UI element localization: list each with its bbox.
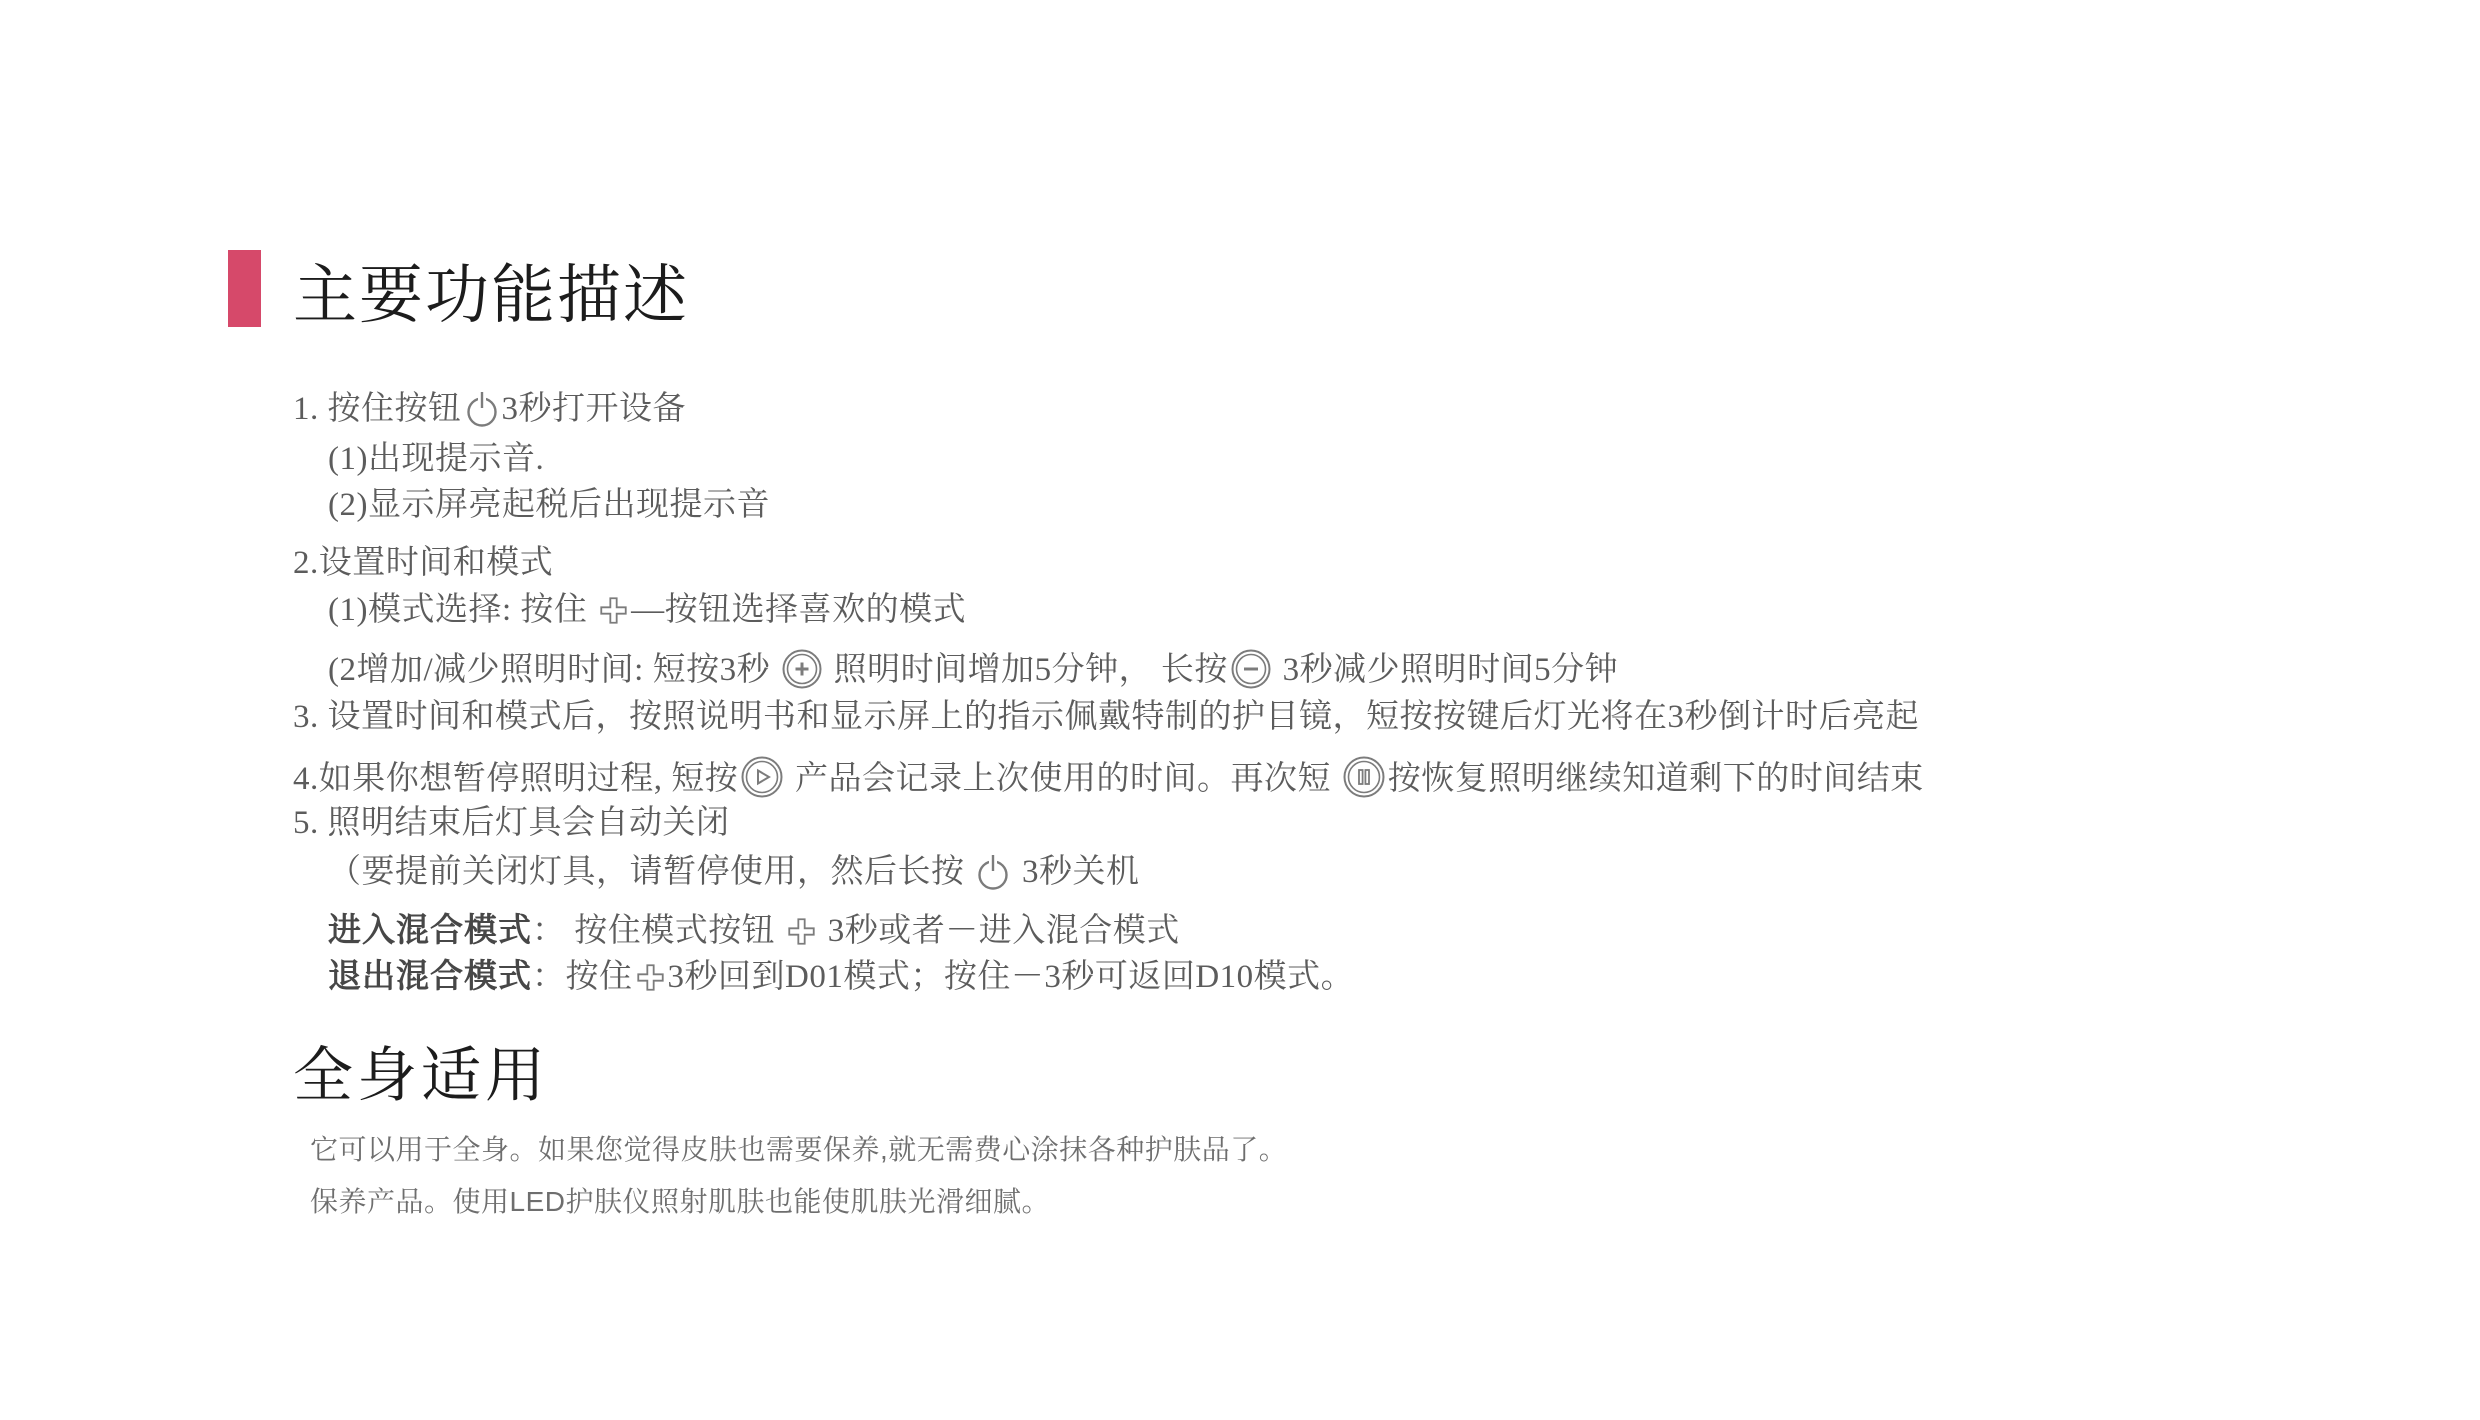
section-title: 主要功能描述 (293, 244, 689, 336)
plus-button-icon (787, 917, 816, 946)
bold-mode-label: 退出混合模式 (328, 957, 532, 994)
item-1-sub-2: (2)显示屏亮起税后出现提示音 (328, 486, 770, 526)
item-5-note: （要提前关闭灯具，请暂停使用，然后长按 3秒关机 (328, 853, 1140, 893)
mix-mode-exit: 退出混合模式：按住 3秒回到D01模式；按住－3秒可返回D10模式。 (328, 956, 1354, 998)
plus-circle-icon (782, 649, 822, 689)
mix-mode-enter: 进入混合模式： 按住模式按钮 3秒或者－进入混合模式 (328, 910, 1180, 952)
item-3: 3. 设置时间和模式后，按照说明书和显示屏上的指示佩戴特制的护目镜，短按按键后灯… (293, 698, 1919, 738)
power-icon (465, 390, 499, 428)
power-icon (976, 853, 1010, 891)
item-4: 4.如果你想暂停照明过程, 短按 产品会记录上次使用的时间。再次短 按恢复照明继… (293, 756, 1924, 800)
full-body-heading: 全身适用 (293, 1028, 549, 1114)
plus-button-icon (599, 596, 628, 625)
title-accent-bar (228, 250, 261, 327)
item-2: 2.设置时间和模式 (293, 544, 553, 584)
minus-circle-icon (1231, 649, 1271, 689)
item-1: 1. 按住按钮 3秒打开设备 (293, 390, 686, 430)
pause-circle-icon (1343, 756, 1385, 798)
item-1-sub-1: (1)出现提示音. (328, 440, 544, 480)
item-2-sub-1: (1)模式选择: 按住 —按钮选择喜欢的模式 (328, 591, 966, 631)
body-paragraph: 保养产品。使用LED护肤仪照射肌肤也能使肌肤光滑细腻。 (310, 1180, 1050, 1220)
plus-button-icon (636, 963, 665, 992)
bold-mode-label: 进入混合模式 (328, 911, 532, 948)
play-circle-icon (741, 756, 783, 798)
item-5: 5. 照明结束后灯具会自动关闭 (293, 804, 730, 844)
manual-page: 主要功能描述 1. 按住按钮 3秒打开设备(1)出现提示音.(2)显示屏亮起税后… (0, 0, 2480, 1420)
item-2-sub-2: (2增加/减少照明时间: 短按3秒 照明时间增加5分钟， 长按 3秒减少照明时间… (328, 649, 1618, 691)
body-paragraph: 它可以用于全身。如果您觉得皮肤也需要保养,就无需费心涂抹各种护肤品了。 (310, 1128, 1287, 1168)
